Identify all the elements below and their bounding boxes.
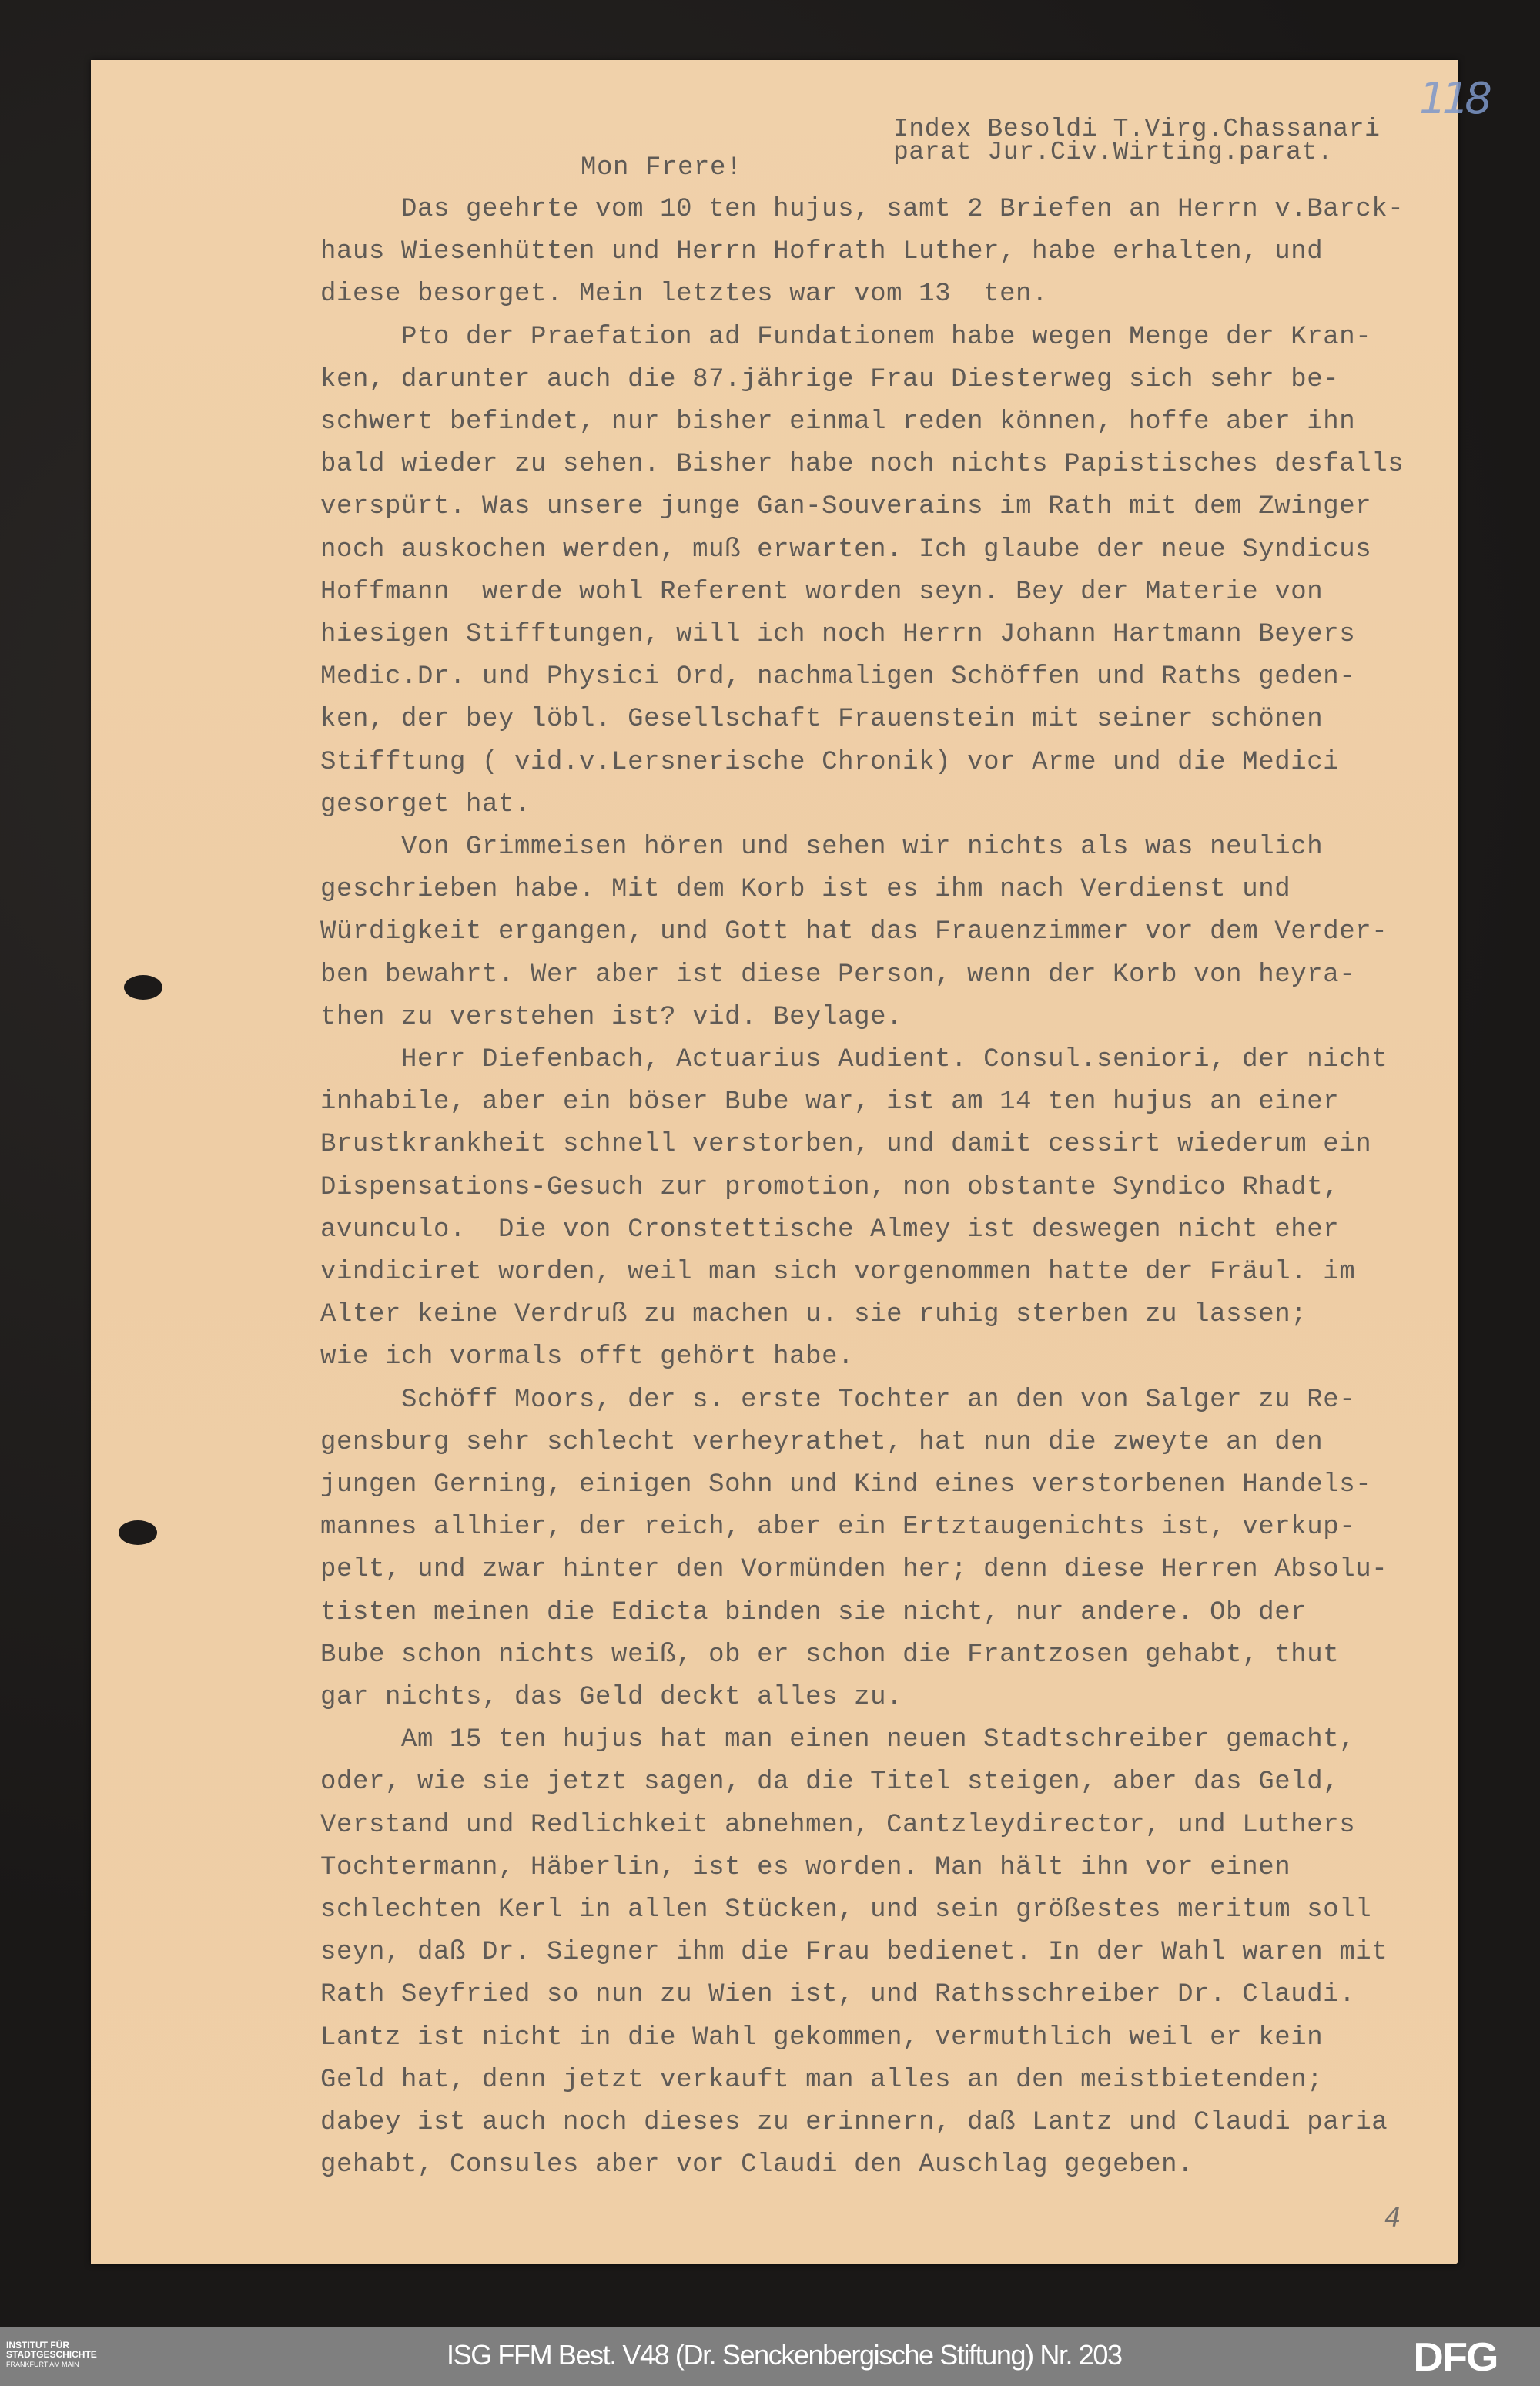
letter-line: Verstand und Redlichkeit abnehmen, Cantz…	[320, 1810, 1355, 1841]
letter-line: Tochtermann, Häberlin, ist es worden. Ma…	[320, 1852, 1291, 1883]
letter-line: ben bewahrt. Wer aber ist diese Person, …	[320, 960, 1355, 990]
document-page: 118 Index Besoldi T.Virg.Chassanari para…	[91, 60, 1458, 2264]
letter-line: verspürt. Was unsere junge Gan-Souverain…	[320, 491, 1371, 522]
letter-line: dabey ist auch noch dieses zu erinnern, …	[320, 2107, 1388, 2138]
letter-line: oder, wie sie jetzt sagen, da die Titel …	[320, 1767, 1339, 1798]
letter-line: Bube schon nichts weiß, ob er schon die …	[320, 1640, 1339, 1671]
letter-line: pelt, und zwar hinter den Vormünden her;…	[320, 1554, 1388, 1585]
page-number: 4	[1384, 2203, 1401, 2234]
letter-line: geschrieben habe. Mit dem Korb ist es ih…	[320, 874, 1291, 905]
letter-line: Schöff Moors, der s. erste Tochter an de…	[320, 1385, 1355, 1416]
letter-line: Am 15 ten hujus hat man einen neuen Stad…	[320, 1724, 1355, 1755]
institution-logo: INSTITUT FÜR STADTGESCHICHTE FRANKFURT A…	[6, 2341, 97, 2369]
letter-line: tisten meinen die Edicta binden sie nich…	[320, 1597, 1307, 1628]
letter-line: schwert befindet, nur bisher einmal rede…	[320, 407, 1355, 437]
letter-line: gensburg sehr schlecht verheyrathet, hat…	[320, 1427, 1323, 1458]
header-line-2: parat Jur.Civ.Wirting.parat.	[893, 137, 1333, 168]
institution-line-2: STADTGESCHICHTE	[6, 2350, 97, 2359]
letter-line: ken, der bey löbl. Gesellschaft Frauenst…	[320, 704, 1323, 735]
letter-line: ken, darunter auch die 87.jährige Frau D…	[320, 364, 1339, 395]
letter-line: haus Wiesenhütten und Herrn Hofrath Luth…	[320, 236, 1323, 267]
punch-hole-bottom	[119, 1520, 157, 1545]
letter-line: avunculo. Die von Cronstettische Almey i…	[320, 1215, 1339, 1245]
institution-line-3: FRANKFURT AM MAIN	[6, 2360, 97, 2369]
punch-hole-top	[124, 975, 162, 1000]
letter-line: gar nichts, das Geld deckt alles zu.	[320, 1682, 902, 1713]
letter-line: mannes allhier, der reich, aber ein Ertz…	[320, 1512, 1355, 1543]
archive-caption: ISG FFM Best. V48 (Dr. Senckenbergische …	[447, 2339, 1122, 2371]
letter-line: hiesigen Stifftungen, will ich noch Herr…	[320, 619, 1355, 650]
letter-line: Lantz ist nicht in die Wahl gekommen, ve…	[320, 2022, 1323, 2053]
letter-line: jungen Gerning, einigen Sohn und Kind ei…	[320, 1469, 1371, 1500]
letter-line: noch auskochen werden, muß erwarten. Ich…	[320, 535, 1371, 565]
letter-line: Rath Seyfried so nun zu Wien ist, und Ra…	[320, 1979, 1355, 2010]
letter-line: gehabt, Consules aber vor Claudi den Aus…	[320, 2150, 1193, 2180]
letter-line: Von Grimmeisen hören und sehen wir nicht…	[320, 832, 1323, 863]
letter-line: Würdigkeit ergangen, und Gott hat das Fr…	[320, 917, 1388, 947]
letter-line: vindiciret worden, weil man sich vorgeno…	[320, 1257, 1355, 1288]
letter-line: Dispensations-Gesuch zur promotion, non …	[320, 1172, 1339, 1203]
letter-line: Geld hat, denn jetzt verkauft man alles …	[320, 2065, 1323, 2096]
letter-line: wie ich vormals offt gehört habe.	[320, 1342, 854, 1372]
letter-line: schlechten Kerl in allen Stücken, und se…	[320, 1895, 1371, 1925]
letter-line: gesorget hat.	[320, 789, 531, 820]
letter-line: Medic.Dr. und Physici Ord, nachmaligen S…	[320, 662, 1355, 692]
footer-bar: INSTITUT FÜR STADTGESCHICHTE FRANKFURT A…	[0, 2327, 1540, 2386]
letter-line: diese besorget. Mein letztes war vom 13 …	[320, 279, 1048, 310]
letter-line: seyn, daß Dr. Siegner ihm die Frau bedie…	[320, 1937, 1388, 1968]
letter-line: Brustkrankheit schnell verstorben, und d…	[320, 1129, 1371, 1160]
letter-line: Alter keine Verdruß zu machen u. sie ruh…	[320, 1299, 1307, 1330]
letter-line: Hoffmann werde wohl Referent worden seyn…	[320, 577, 1323, 608]
letter-line: bald wieder zu sehen. Bisher habe noch n…	[320, 449, 1404, 480]
letter-line: Stifftung ( vid.v.Lersnerische Chronik) …	[320, 747, 1339, 778]
letter-line: inhabile, aber ein böser Bube war, ist a…	[320, 1087, 1339, 1118]
salutation: Mon Frere!	[581, 152, 742, 183]
letter-line: then zu verstehen ist? vid. Beylage.	[320, 1002, 902, 1033]
letter-line: Pto der Praefation ad Fundationem habe w…	[320, 322, 1371, 353]
letter-line: Herr Diefenbach, Actuarius Audient. Cons…	[320, 1044, 1388, 1075]
dfg-logo: DFG	[1413, 2334, 1497, 2381]
letter-line: Das geehrte vom 10 ten hujus, samt 2 Bri…	[320, 194, 1404, 225]
folio-number: 118	[1419, 74, 1488, 124]
